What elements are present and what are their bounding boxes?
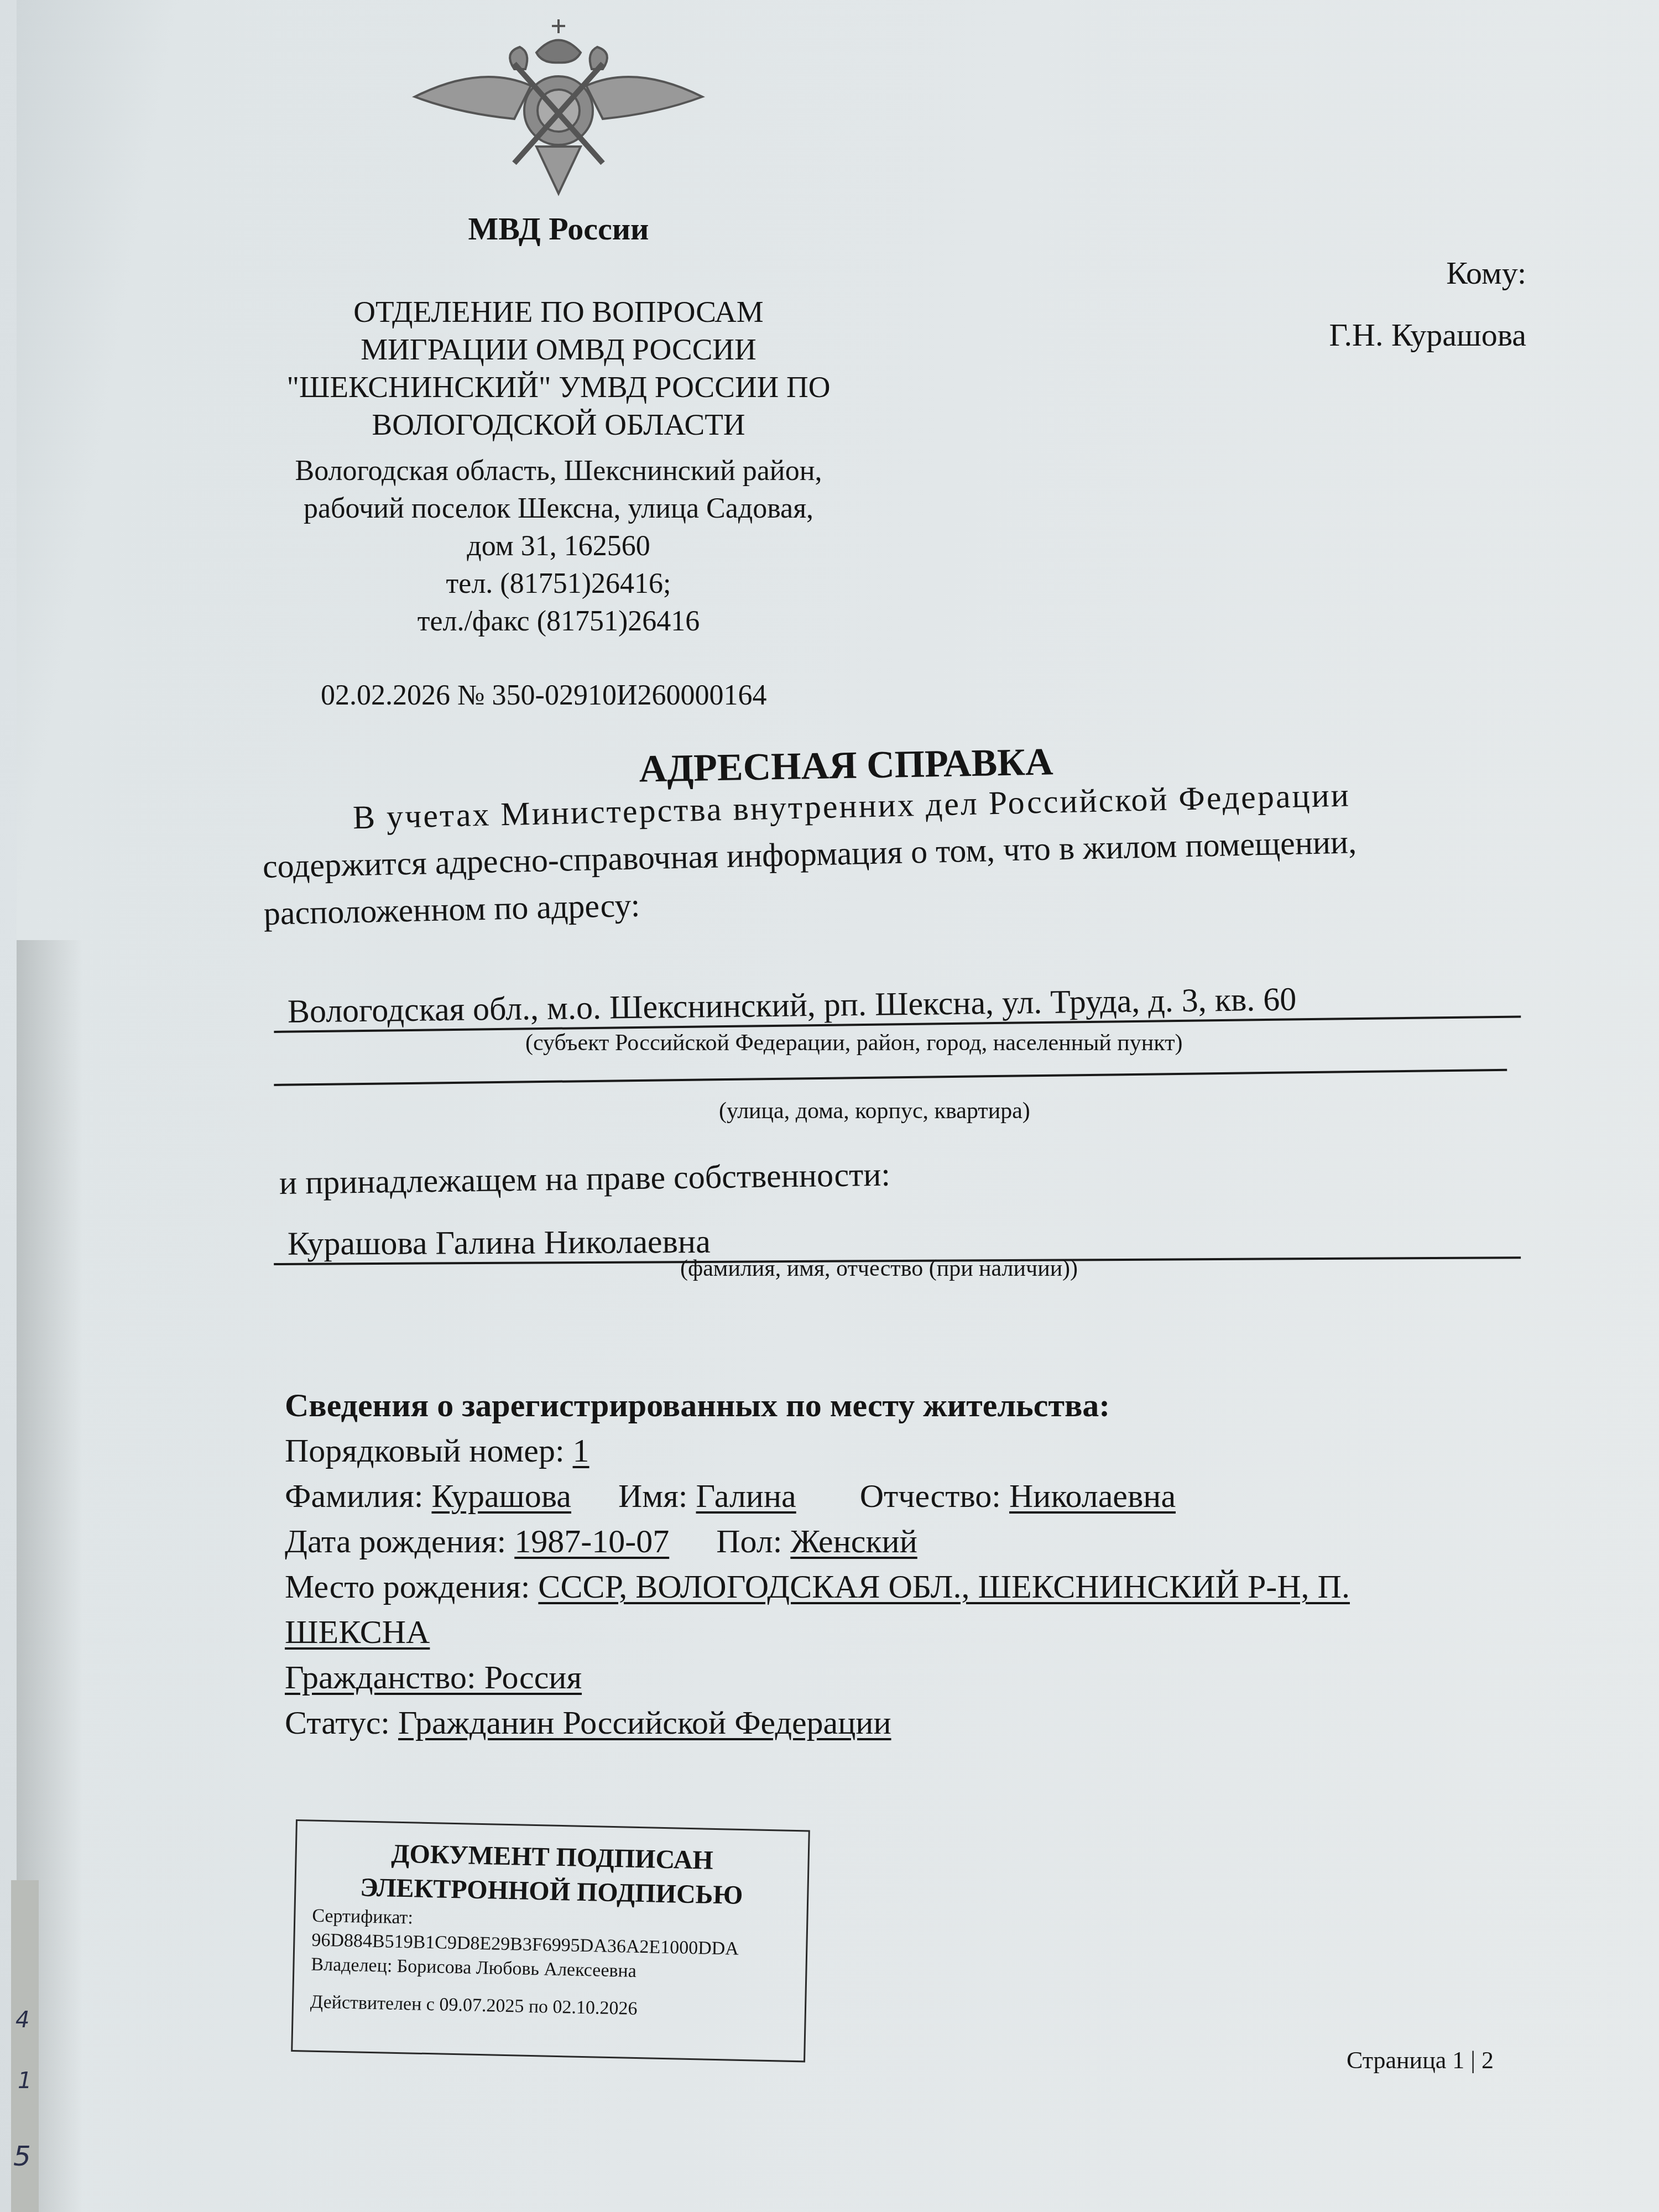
dob-row: Дата рождения: 1987-10-07 Пол: Женский (285, 1519, 1350, 1564)
registered-residents-section: Сведения о зарегистрированных по месту ж… (285, 1383, 1350, 1745)
surname-label: Фамилия: (285, 1478, 423, 1514)
patronymic-value: Николаевна (1009, 1478, 1176, 1514)
margin-mark: 4 (15, 2007, 29, 2033)
property-street-field (274, 1036, 1507, 1086)
seq-row: Порядковый номер: 1 (285, 1428, 1350, 1473)
cert-validity: Действителен с 09.07.2025 по 02.10.2026 (310, 1990, 789, 2025)
recipient-label: Кому: (1446, 254, 1526, 291)
ownership-label: и принадлежащем на праве собственности: (279, 1156, 891, 1202)
birthplace-value-cont: ШЕКСНА (285, 1614, 430, 1650)
birthplace-label: Место рождения: (285, 1568, 530, 1605)
address-line: Вологодская область, Шекснинский район, (227, 452, 890, 490)
seq-value: 1 (573, 1432, 589, 1469)
name-row: Фамилия: Курашова Имя: Галина Отчество: … (285, 1473, 1350, 1519)
status-label: Статус: (285, 1704, 390, 1741)
dob-label: Дата рождения: (285, 1523, 506, 1559)
address-line: дом 31, 162560 (227, 528, 890, 565)
birthplace-row: Место рождения: СССР, ВОЛОГОДСКАЯ ОБЛ., … (285, 1564, 1350, 1609)
sex-label: Пол: (716, 1523, 782, 1559)
patronymic-label: Отчество: (860, 1478, 1001, 1514)
department-line: МИГРАЦИИ ОМВД РОССИИ (227, 331, 890, 368)
department-line: ВОЛОГОДСКОЙ ОБЛАСТИ (227, 406, 890, 444)
margin-mark: 1 (18, 2068, 32, 2094)
owner-caption: (фамилия, имя, отчество (при наличии)) (680, 1255, 1078, 1282)
first-name-label: Имя: (618, 1478, 688, 1514)
address-line: рабочий поселок Шексна, улица Садовая, (227, 490, 890, 528)
citizenship-value: Гражданство: Россия (285, 1659, 582, 1695)
margin-mark: 5 (13, 2140, 31, 2172)
birthplace-value: СССР, ВОЛОГОДСКАЯ ОБЛ., ШЕКСНИНСКИЙ Р-Н,… (538, 1568, 1350, 1605)
status-row: Статус: Гражданин Российской Федерации (285, 1700, 1350, 1745)
department-line: ОТДЕЛЕНИЕ ПО ВОПРОСАМ (227, 293, 890, 331)
seq-label: Порядковый номер: (285, 1432, 565, 1469)
first-name-value: Галина (696, 1478, 796, 1514)
electronic-signature-stamp: ДОКУМЕНТ ПОДПИСАН ЭЛЕКТРОННОЙ ПОДПИСЬЮ С… (291, 1819, 810, 2062)
intro-paragraph: В учетах Министерства внутренних дел Рос… (261, 768, 1536, 937)
document-number: 02.02.2026 № 350-02910И260000164 (321, 679, 766, 712)
section-heading: Сведения о зарегистрированных по месту ж… (285, 1383, 1350, 1428)
page-number: Страница 1 | 2 (1347, 2046, 1494, 2074)
address-caption-street: (улица, дома, корпус, квартира) (719, 1098, 1030, 1124)
department-line: "ШЕКСНИНСКИЙ" УМВД РОССИИ ПО (227, 368, 890, 406)
fax-line: тел./факс (81751)26416 (227, 603, 890, 640)
recipient-name: Г.Н. Курашова (1329, 316, 1526, 353)
department-name: ОТДЕЛЕНИЕ ПО ВОПРОСАМ МИГРАЦИИ ОМВД РОСС… (227, 293, 890, 444)
sex-value: Женский (790, 1523, 917, 1559)
department-address: Вологодская область, Шекснинский район, … (227, 452, 890, 640)
status-value: Гражданин Российской Федерации (398, 1704, 891, 1741)
surname-value: Курашова (431, 1478, 571, 1514)
document-page: МВД России ОТДЕЛЕНИЕ ПО ВОПРОСАМ МИГРАЦИ… (17, 0, 1659, 2212)
dob-value: 1987-10-07 (514, 1523, 669, 1559)
underlying-page-edge: 4 1 5 (11, 1880, 39, 2212)
property-address-field: Вологодская обл., м.о. Шекснинский, рп. … (274, 977, 1521, 1033)
phone-line: тел. (81751)26416; (227, 565, 890, 603)
agency-name: МВД России (359, 210, 758, 247)
mvd-emblem-icon (404, 8, 713, 202)
